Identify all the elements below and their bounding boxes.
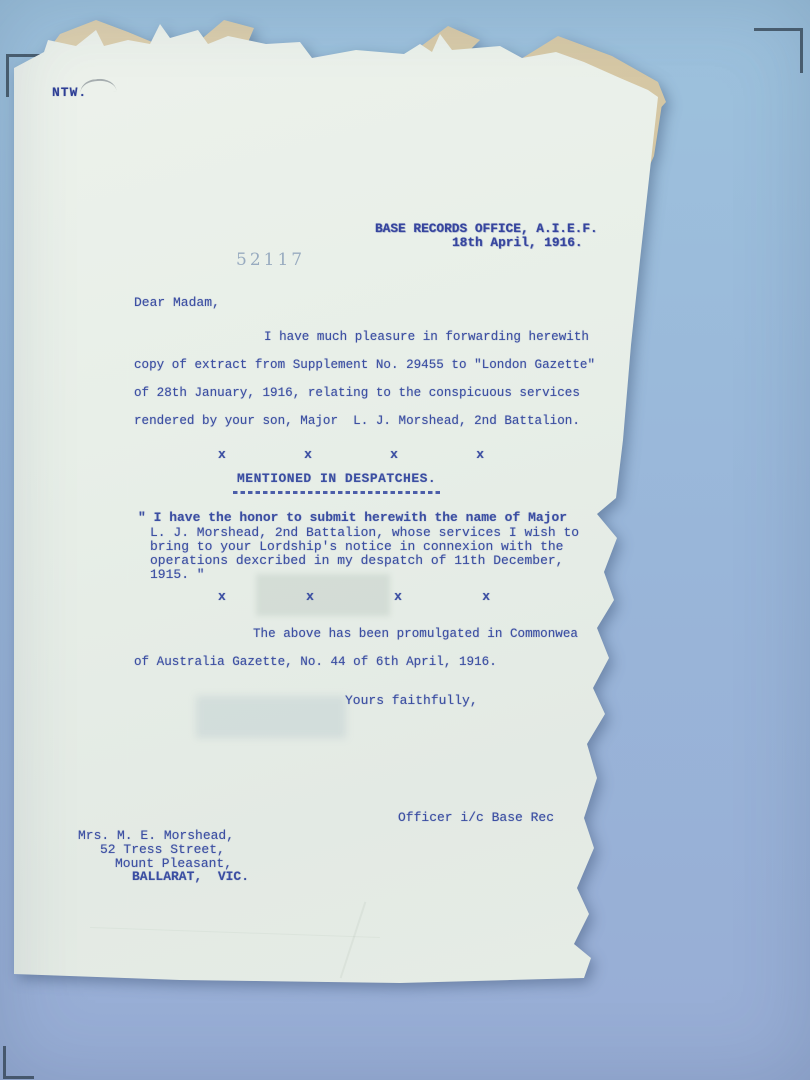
x-mark: x — [218, 447, 226, 462]
x-mark: x — [304, 447, 312, 462]
signature-title: Officer i/c Base Rec — [398, 811, 554, 825]
closing: Yours faithfully, — [345, 694, 478, 708]
quote-line: bring to your Lordship's notice in conne… — [150, 539, 563, 554]
quote-line: L. J. Morshead, 2nd Battalion, whose ser… — [150, 525, 579, 540]
x-mark: x — [306, 589, 314, 604]
x-mark: x — [482, 589, 490, 604]
file-number-stamp: 52117 — [236, 250, 305, 270]
quote-line: operations dexcribed in my despatch of 1… — [150, 553, 563, 568]
paragraph2-line: of Australia Gazette, No. 44 of 6th Apri… — [134, 655, 497, 669]
corner-mark-bottom-left — [3, 1046, 34, 1079]
scanned-letter-photo: NTW. BASE RECORDS OFFICE, A.I.E.F. 18th … — [0, 0, 810, 1080]
recipient-line: Mrs. M. E. Morshead, — [78, 829, 234, 843]
paragraph1-line: copy of extract from Supplement No. 2945… — [134, 358, 595, 372]
salutation: Dear Madam, — [134, 296, 220, 310]
x-mark: x — [390, 447, 398, 462]
x-mark: x — [476, 447, 484, 462]
x-separator-row: x x x x — [218, 447, 484, 462]
despatches-heading: MENTIONED IN DESPATCHES. — [237, 472, 436, 486]
letterhead-date: 18th April, 1916. — [452, 236, 583, 250]
letterhead-office: BASE RECORDS OFFICE, A.I.E.F. — [375, 222, 598, 236]
paragraph1-line: of 28th January, 1916, relating to the c… — [134, 386, 580, 400]
heading-underline — [233, 491, 443, 494]
paragraph1-line: I have much pleasure in forwarding herew… — [264, 330, 589, 344]
recipient-line: 52 Tress Street, — [100, 843, 225, 857]
recipient-line: BALLARAT, VIC. — [132, 870, 249, 884]
quote-line: 1915. " — [150, 567, 205, 582]
initials-stamp: NTW. — [52, 86, 87, 100]
paragraph1-line: rendered by your son, Major L. J. Morshe… — [134, 414, 580, 428]
paragraph2-line: The above has been promulgated in Common… — [253, 627, 578, 641]
corner-mark-top-right — [754, 28, 803, 73]
x-separator-row: x x x x — [218, 589, 490, 604]
x-mark: x — [394, 589, 402, 604]
quote-line: " I have the honor to submit herewith th… — [138, 510, 567, 525]
x-mark: x — [218, 589, 226, 604]
